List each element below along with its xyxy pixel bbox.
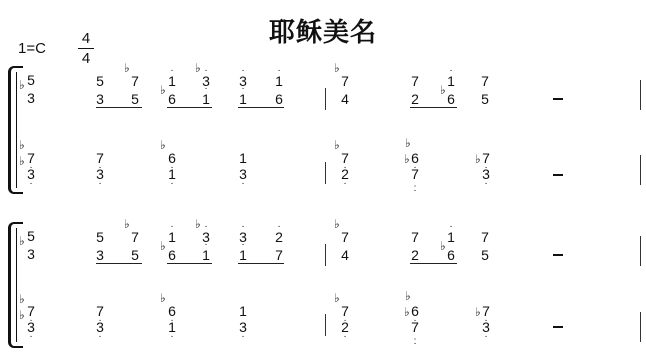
note: 7 <box>339 230 351 244</box>
time-signature-divider <box>78 48 94 49</box>
note: 6 <box>166 92 178 106</box>
note: 3· <box>480 320 492 334</box>
note: 7 <box>479 74 491 88</box>
flat-accidental: ♭ <box>124 62 130 74</box>
barline <box>640 236 641 266</box>
note: 2· <box>339 167 351 181</box>
note: 4 <box>339 248 351 262</box>
note: 3· <box>480 167 492 181</box>
note: ·1 <box>237 248 249 262</box>
note: 3 <box>94 92 106 106</box>
flat-accidental: ♭ <box>334 62 340 74</box>
flat-accidental: ♭ <box>334 292 340 304</box>
barline <box>640 312 641 342</box>
note: 5 <box>94 74 106 88</box>
note: 3 <box>25 91 37 105</box>
note: 7· <box>339 304 351 318</box>
note: 5 <box>479 248 491 262</box>
note: 7· <box>94 151 106 165</box>
flat-accidental: ♭ <box>19 309 25 321</box>
note: 3· <box>25 320 37 334</box>
note: 7· <box>25 304 37 318</box>
note: 6 <box>445 92 457 106</box>
note: 7 <box>273 248 285 262</box>
note: ·1 <box>273 74 285 88</box>
note: 6· <box>166 304 178 318</box>
barline <box>640 80 641 110</box>
note: 7 <box>129 230 141 244</box>
note: 2 <box>409 92 421 106</box>
note: 7 <box>409 74 421 88</box>
flat-accidental: ♭ <box>160 240 166 252</box>
note: 7· <box>25 151 37 165</box>
eighth-beam <box>238 107 284 108</box>
time-signature: 4 4 <box>78 30 94 67</box>
note: 7· <box>94 304 106 318</box>
note: 4 <box>339 92 351 106</box>
note: 7: <box>409 167 421 181</box>
note: 3· <box>94 167 106 181</box>
note: 5 <box>25 73 37 87</box>
eighth-beam <box>410 263 457 264</box>
note: ·2 <box>273 230 285 244</box>
rest-dash <box>553 98 563 100</box>
barline <box>325 88 326 110</box>
flat-accidental: ♭ <box>160 84 166 96</box>
note: ·1 <box>445 74 457 88</box>
flat-accidental: ♭ <box>334 218 340 230</box>
key-signature: 1=C <box>18 40 46 57</box>
note: 1· <box>166 320 178 334</box>
note: 6· <box>409 304 421 318</box>
note: 7: <box>409 320 421 334</box>
note: 7 <box>129 74 141 88</box>
eighth-beam <box>410 107 457 108</box>
eighth-beam <box>96 263 142 264</box>
system-bracket <box>8 228 17 342</box>
note: 7 <box>409 230 421 244</box>
note: 5 <box>94 230 106 244</box>
note: 3· <box>94 320 106 334</box>
note: 2· <box>339 320 351 334</box>
flat-accidental: ♭ <box>19 293 25 305</box>
eighth-beam <box>167 263 212 264</box>
note: 5 <box>25 229 37 243</box>
note: 1· <box>166 167 178 181</box>
note: 3 <box>25 247 37 261</box>
note: 7 <box>479 230 491 244</box>
note: 7 <box>339 74 351 88</box>
note: 7· <box>480 304 492 318</box>
note: 1 <box>237 151 249 165</box>
note: 1 <box>237 304 249 318</box>
flat-accidental: ♭ <box>19 155 25 167</box>
flat-accidental: ♭ <box>19 139 25 151</box>
score-title: 耶稣美名 <box>0 12 646 49</box>
note: 5 <box>129 248 141 262</box>
note: 6· <box>409 151 421 165</box>
flat-accidental: ♭ <box>19 79 25 91</box>
rest-dash <box>553 326 563 328</box>
flat-accidental: ♭ <box>160 292 166 304</box>
note: 6 <box>273 92 285 106</box>
flat-accidental: ♭ <box>405 290 411 302</box>
rest-dash <box>553 254 563 256</box>
note: ·1 <box>445 230 457 244</box>
note: 3· <box>237 167 249 181</box>
note: 2 <box>409 248 421 262</box>
note: 5 <box>129 92 141 106</box>
rest-dash <box>553 174 563 176</box>
barline <box>640 155 641 185</box>
eighth-beam <box>238 263 284 264</box>
note: ·1 <box>166 230 178 244</box>
flat-accidental: ♭ <box>19 235 25 247</box>
note: 6· <box>166 151 178 165</box>
time-signature-bottom: 4 <box>82 50 90 67</box>
flat-accidental: ♭ <box>124 218 130 230</box>
note: 5 <box>479 92 491 106</box>
note: 3· <box>25 167 37 181</box>
barline <box>325 162 326 184</box>
note: 3 <box>94 248 106 262</box>
note: 6 <box>445 248 457 262</box>
flat-accidental: ♭ <box>160 139 166 151</box>
barline <box>325 314 326 336</box>
note: 7· <box>339 151 351 165</box>
note: 7· <box>480 151 492 165</box>
eighth-beam <box>167 107 212 108</box>
barline <box>325 244 326 266</box>
flat-accidental: ♭ <box>334 139 340 151</box>
note: 6 <box>166 248 178 262</box>
eighth-beam <box>96 107 142 108</box>
note: ·1 <box>200 248 212 262</box>
note: 3· <box>237 320 249 334</box>
note: ·1 <box>166 74 178 88</box>
note: ·1 <box>200 92 212 106</box>
flat-accidental: ♭ <box>405 137 411 149</box>
time-signature-top: 4 <box>82 30 90 47</box>
system-bracket <box>8 72 17 188</box>
note: ·1 <box>237 92 249 106</box>
